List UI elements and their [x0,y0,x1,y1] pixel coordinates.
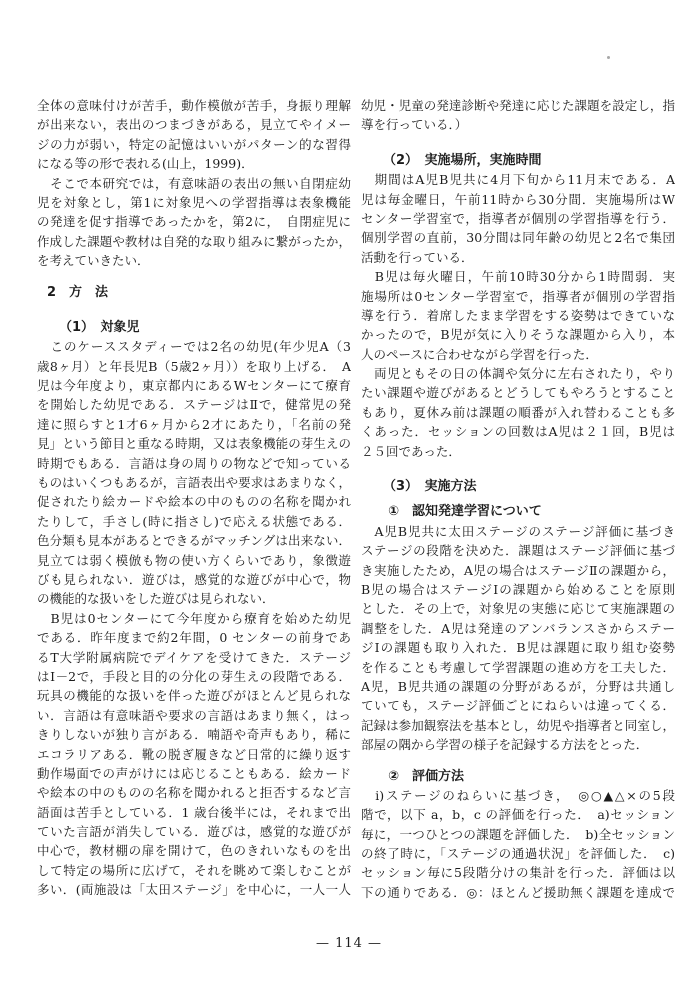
text-line: い．言語は有意味語や要求の言語はあまり無く，はっ [37,706,351,725]
text-line: 促されたり絵カードや絵本の中のものの名称を聞かれ [37,492,351,511]
text-line: 児は毎金曜日，午前11時から30分間．実施場所はW [361,190,675,209]
text-line: 導を行う．着席したまま学習をする姿勢はできていな [361,306,675,325]
text-line: や絵本の中のものの名称を聞かれると拒否するなど言 [37,783,351,802]
text-line: 作成した課題や教材は自発的な取り組みに繋がったか， [37,232,351,251]
text-line: ジⅠの課題も取り入れた．B児は課題に取り組む姿勢 [361,638,675,657]
text-line: 玩具の機能的な扱いを伴った遊びがほとんど見られな [37,686,351,705]
text-line: を開始した幼児である．ステージはⅡで，健常児の発 [37,395,351,414]
text-line: 人のペースに合わせながら学習を行った． [361,345,675,364]
text-line: るT大学附属病院でデイケアを受けてきた．ステージ [37,648,351,667]
text-line: ものはいくつもあるが，言語表出や要求はあまりなく， [37,473,351,492]
text-line: である．昨年度まで約2年間，0 センターの前身であ [37,628,351,647]
text-line: を作ることも考慮して学習課題の進め方を工夫した． [361,658,675,677]
text-line: ていても，ステージ評価ごとにねらいは違ってくる． [361,696,675,715]
text-line: ていた言語が消失している．遊びは，感覚的な遊びが [37,822,351,841]
scan-artifact-dot [607,56,610,59]
text-line: 歳8ヶ月）と年長児B（5歳2ヶ月））を取り上げる． A [37,357,351,376]
text-line: ２５回であった． [361,442,675,461]
text-line: A児，B児共通の課題の分野があるが，分野は共通し [361,677,675,696]
text-line: 多い．(両施設は「太田ステージ」を中心に，一人一人の [37,880,351,899]
heading-line: （2） 実施場所，実施時間 [383,151,675,170]
text-line: を考えていきたい． [37,251,351,270]
heading-line: 2 方 法 [47,283,351,302]
text-line: 施場所は0センター学習室で，指導者が個別の学習指 [361,287,675,306]
text-line: B児の場合はステージⅠの課題から始めることを原則 [361,580,675,599]
left-column: 全体の意味付けが苦手，動作模倣が苦手，身振り理解が出来ない，表出のつまづきがある… [37,96,351,900]
text-line: き実施したため，A児の場合はステージⅡの課題から， [361,561,675,580]
text-line: 階で，以下 a，b，c の評価を行った． a)セッション [361,805,675,824]
heading-line: （1） 対象児 [59,318,351,337]
text-line: エコラリアある．靴の脱ぎ履きなど日常的に繰り返す [37,745,351,764]
text-line: 色分類も見本があるとできるがマッチングは出来ない． [37,531,351,550]
text-line: たい課題や遊びがあるとどうしてもやろうとすること [361,383,675,402]
text-line: 語面は苦手としている．1 歳台後半には，それまで出 [37,803,351,822]
heading-line: ② 評価方法 [388,767,675,786]
text-line: ステージの段階を決めた．課題はステージ評価に基づ [361,541,675,560]
text-line: 記録は参加観察法を基本とし，幼児や指導者と同室し， [361,716,675,735]
text-line: i)ステージのねらいに基づき， ◎○▲△×の5段 [361,786,675,805]
text-line: 期間はA児B児共に4月下旬から11月末である．A [361,170,675,189]
text-line: くあった．セッションの回数はA児は２１回，B児は [361,422,675,441]
text-line: 動作場面での声がけには応じることもある．絵カード [37,764,351,783]
text-line: たりして，手さし(時に指さし)で応える状態である． [37,512,351,531]
text-line: とした．その上で，対象児の実態に応じて実施課題の [361,599,675,618]
text-line: B児は0センターにて今年度から療育を始めた幼児 [37,609,351,628]
text-line: 全体の意味付けが苦手，動作模倣が苦手，身振り理解 [37,96,351,115]
right-column: 幼児・児童の発達診断や発達に応じた課題を設定し，指導を行っている．）（2） 実施… [361,96,675,902]
text-line: はⅠ－2で，手段と目的の分化の芽生えの段階である． [37,667,351,686]
text-line: 幼児・児童の発達診断や発達に応じた課題を設定し，指 [361,96,675,115]
text-line: かったので，B児が気に入りそうな課題から入り，本 [361,325,675,344]
text-line: 児は今年度より，東京都内にあるWセンターにて療育 [37,376,351,395]
text-line: 児を対象とし，第1に対象児への学習指導は表象機能 [37,193,351,212]
text-line: の発達を促す指導であったかを，第2に， 自閉症児に [37,212,351,231]
page-number: — 114 — [0,936,698,951]
text-line: 導を行っている．） [361,115,675,134]
text-line: 調整をした．A児は発達のアンバランスさからステー [361,619,675,638]
blank-line [361,755,675,761]
page: 全体の意味付けが苦手，動作模倣が苦手，身振り理解が出来ない，表出のつまづきがある… [0,0,698,996]
text-line: 個別学習の直前，30分間は同年齢の幼児と2名で集団 [361,228,675,247]
text-line: センター学習室で，指導者が個別の学習指導を行う． [361,209,675,228]
text-line: 見立ては弱く模倣も物の使い方くらいであり，象徴遊 [37,551,351,570]
text-line: 活動を行っている． [361,248,675,267]
text-line: 毎に，一つひとつの課題を評価した． b)全セッション [361,825,675,844]
text-line: 時期でもある．言語は身の周りの物などで知っている [37,454,351,473]
text-line: 下の通りである．◎：ほとんど援助無く課題を達成で [361,883,675,902]
text-line: 達に照らすと1才6ヶ月から2才にあたり，「名前の発 [37,415,351,434]
text-line: になる等の形で表れる(山上，1999)． [37,154,351,173]
text-line: ジの力が弱い，特定の記憶はいいがパターン的な習得 [37,135,351,154]
text-line: そこで本研究では，有意味語の表出の無い自閉症幼 [37,174,351,193]
text-line: 見」という節目と重なる時期，又は表象機能の芽生えの [37,434,351,453]
text-line: が出来ない，表出のつまづきがある，見立てやイメー [37,115,351,134]
heading-line: （3） 実施方法 [383,477,675,496]
text-line: びも見られない．遊びは，感覚的な遊びが中心で，物 [37,570,351,589]
text-line: B児は毎火曜日，午前10時30分から1時間弱．実 [361,267,675,286]
text-line: もあり，夏休み前は課題の順番が入れ替わることも多 [361,403,675,422]
text-line: A児B児共に太田ステージのステージ評価に基づき [361,522,675,541]
text-line: きりしないが独り言がある．喃語や奇声もあり，稀に [37,725,351,744]
text-line: して特定の場所に広げて，それを眺めて楽しむことが [37,861,351,880]
text-line: 中心で，教材棚の扉を開けて，色のきれいなものを出 [37,841,351,860]
text-line: セッション毎に5段階分けの集計を行った．評価は以 [361,863,675,882]
text-line: の終了時に，「ステージの通過状況」を評価した． c) [361,844,675,863]
heading-line: ① 認知発達学習について [388,502,675,521]
text-line: 部屋の隅から学習の様子を記録する方法をとった． [361,735,675,754]
text-line: の機能的な扱いをした遊びは見られない． [37,589,351,608]
text-line: 両児ともその日の体調や気分に左右されたり，やり [361,364,675,383]
text-line: このケーススタディーでは2名の幼児(年少児A（3 [37,337,351,356]
